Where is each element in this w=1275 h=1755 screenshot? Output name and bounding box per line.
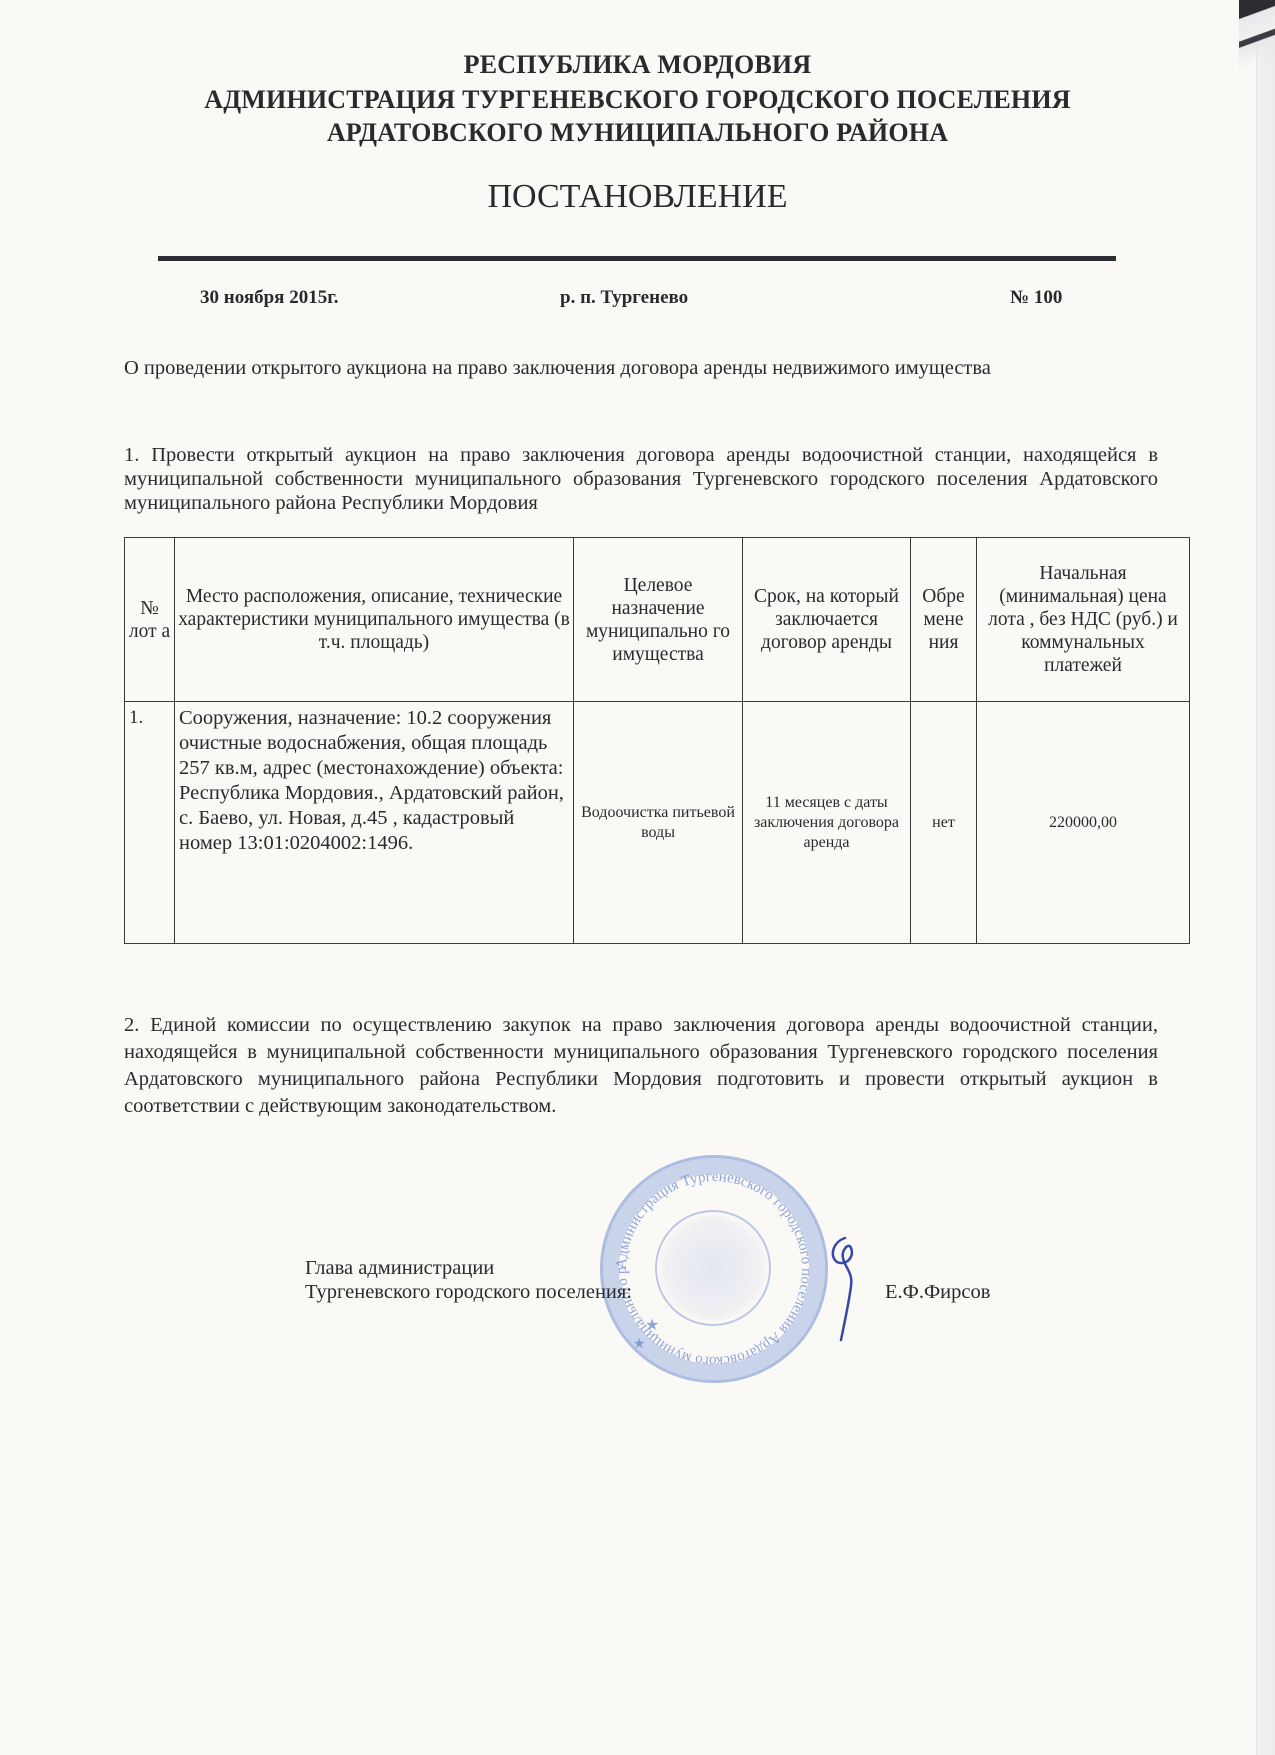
official-seal: Администрация Тургеневского городского п…: [600, 1155, 828, 1383]
document-date: 30 ноября 2015г.: [200, 287, 338, 309]
signatory-title-line1: Глава администрации: [305, 1256, 632, 1280]
scan-edge-shadow: [1256, 0, 1275, 1755]
table-row: 1. Сооружения, назначение: 10.2 сооружен…: [125, 702, 1190, 944]
seal-ring-text: Администрация Тургеневского городского п…: [603, 1158, 825, 1380]
col-header-lot-number: № лот а: [125, 538, 175, 702]
document-type-title: ПОСТАНОВЛЕНИЕ: [0, 178, 1275, 216]
cell-description: Сооружения, назначение: 10.2 сооружения …: [175, 702, 574, 944]
col-header-term: Срок, на который заключается договор аре…: [743, 538, 911, 702]
document-place: р. п. Тургенево: [560, 287, 688, 309]
header-administration: АДМИНИСТРАЦИЯ ТУРГЕНЕВСКОГО ГОРОДСКОГО П…: [0, 85, 1275, 115]
document-number: № 100: [1010, 287, 1062, 309]
header-district: АРДАТОВСКОГО МУНИЦИПАЛЬНОГО РАЙОНА: [0, 118, 1275, 148]
col-header-purpose: Целевое назначение муниципально го имуще…: [574, 538, 743, 702]
handwritten-signature: [815, 1228, 865, 1348]
cell-encumbrance: нет: [911, 702, 977, 944]
clause-1: 1. Провести открытый аукцион на право за…: [124, 443, 1158, 515]
svg-text:★: ★: [633, 1337, 646, 1352]
document-subject: О проведении открытого аукциона на право…: [124, 356, 1158, 380]
cell-price: 220000,00: [977, 702, 1190, 944]
cell-purpose: Водоочистка питьевой воды: [574, 702, 743, 944]
signatory-name: Е.Ф.Фирсов: [885, 1280, 990, 1304]
cell-lot-number: 1.: [125, 702, 175, 944]
col-header-price: Начальная (минимальная) цена лота , без …: [977, 538, 1190, 702]
col-header-encumbrance: Обре мене ния: [911, 538, 977, 702]
header-divider: [158, 256, 1116, 261]
signatory-title-line2: Тургеневского городского поселения:: [305, 1280, 632, 1304]
table-header-row: № лот а Место расположения, описание, те…: [125, 538, 1190, 702]
svg-text:★: ★: [645, 1317, 659, 1334]
clause-2: 2. Единой комиссии по осуществлению заку…: [124, 1012, 1158, 1120]
signatory-title: Глава администрации Тургеневского городс…: [305, 1256, 632, 1304]
header-republic: РЕСПУБЛИКА МОРДОВИЯ: [0, 50, 1275, 80]
lots-table: № лот а Место расположения, описание, те…: [124, 537, 1190, 944]
cell-term: 11 месяцев с даты заключения договора ар…: [743, 702, 911, 944]
col-header-description: Место расположения, описание, технически…: [175, 538, 574, 702]
